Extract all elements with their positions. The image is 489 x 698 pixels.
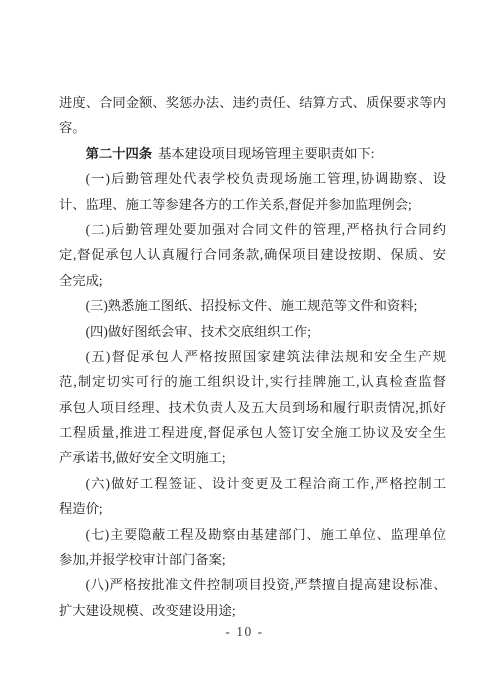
text-line: (七)主要隐蔽工程及勘察由基建部门、施工单位、监理单位 [59, 522, 446, 547]
text-line: (一)后勤管理处代表学校负责现场施工管理,协调勘察、设 [59, 166, 446, 191]
text-line: 进度、合同金额、奖惩办法、违约责任、结算方式、质保要求等内 [59, 90, 446, 115]
article-number: 第二十四条 [86, 146, 152, 161]
text-line: 全完成; [59, 268, 446, 293]
text-line: (二)后勤管理处要加强对合同文件的管理,严格执行合同约 [59, 217, 446, 242]
text-line: (三)熟悉施工图纸、招投标文件、施工规范等文件和资料; [59, 293, 446, 318]
text-line: (五)督促承包人严格按照国家建筑法律法规和安全生产规 [59, 344, 446, 369]
page-number: - 10 - [0, 624, 489, 640]
text-line: 扩大建设规模、改变建设用途; [59, 598, 446, 623]
text-line: 工程质量,推进工程进度,督促承包人签订安全施工协议及安全生 [59, 420, 446, 445]
text-line: (四)做好图纸会审、技术交底组织工作; [59, 319, 446, 344]
document-body: 进度、合同金额、奖惩办法、违约责任、结算方式、质保要求等内容。第二十四条基本建设… [59, 90, 446, 623]
text-line: 第二十四条基本建设项目现场管理主要职责如下: [59, 141, 446, 166]
text-line: (八)严格按批准文件控制项目投资,严禁擅自提高建设标准、 [59, 572, 446, 597]
text-line: 范,制定切实可行的施工组织设计,实行挂牌施工,认真检查监督 [59, 369, 446, 394]
text-line: 计、监理、施工等参建各方的工作关系,督促并参加监理例会; [59, 192, 446, 217]
text-line: 参加,并报学校审计部门备案; [59, 547, 446, 572]
text-line: (六)做好工程签证、设计变更及工程洽商工作,严格控制工 [59, 471, 446, 496]
text-line: 定,督促承包人认真履行合同条款,确保项目建设按期、保质、安 [59, 242, 446, 267]
text-line: 承包人项目经理、技术负责人及五大员到场和履行职责情况,抓好 [59, 395, 446, 420]
text-line: 程造价; [59, 496, 446, 521]
text-line: 容。 [59, 115, 446, 140]
text-line: 产承诺书,做好安全文明施工; [59, 445, 446, 470]
document-page: 进度、合同金额、奖惩办法、违约责任、结算方式、质保要求等内容。第二十四条基本建设… [0, 0, 489, 698]
